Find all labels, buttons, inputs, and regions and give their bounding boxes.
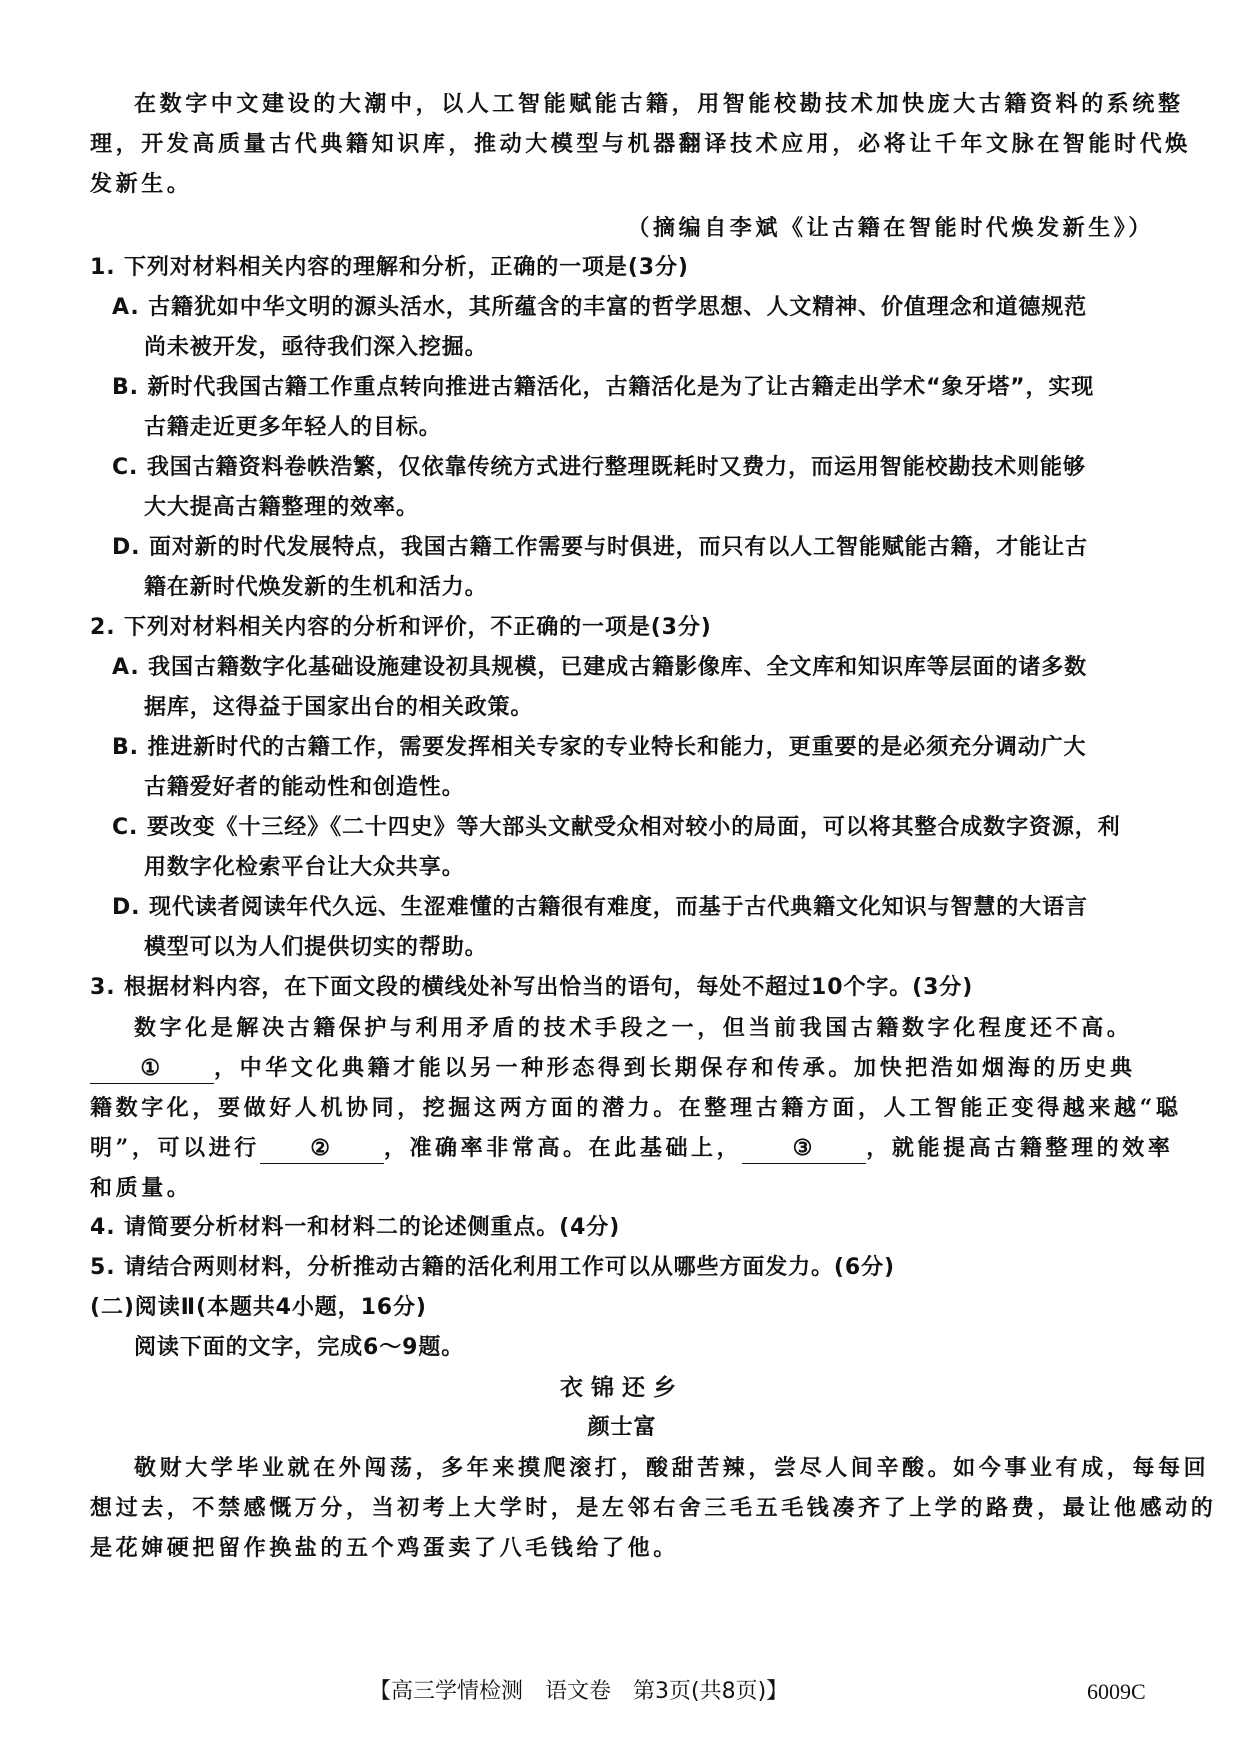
fill-in-line-1: 数字化是解决古籍保护与利用矛盾的技术手段之一，但当前我国古籍数字化程度还不高。: [90, 1008, 1154, 1048]
story-line: 敬财大学毕业就在外闯荡，多年来摸爬滚打，酸甜苦辣，尝尽人间辛酸。如今事业有成，每…: [90, 1448, 1154, 1488]
question-2-stem: 2. 下列对材料相关内容的分析和评价，不正确的一项是(3分): [90, 608, 1154, 648]
fill-in-text: ，就能提高古籍整理的效率: [866, 1135, 1173, 1161]
question-2-option-a-cont: 据库，这得益于国家出台的相关政策。: [90, 688, 1154, 728]
passage-line: 理，开发高质量古代典籍知识库，推动大模型与机器翻译技术应用，必将让千年文脉在智能…: [90, 124, 1154, 164]
question-1-option-a-cont: 尚未被开发，亟待我们深入挖掘。: [90, 328, 1154, 368]
story-title: 衣锦还乡: [90, 1368, 1154, 1408]
fill-in-line-5: 和质量。: [90, 1168, 1154, 1208]
question-2-option-c: C. 要改变《十三经》《二十四史》等大部头文献受众相对较小的局面，可以将其整合成…: [90, 808, 1154, 848]
answer-blank-1[interactable]: ①: [90, 1053, 214, 1084]
answer-blank-3[interactable]: ③: [742, 1133, 866, 1164]
question-1-stem: 1. 下列对材料相关内容的理解和分析，正确的一项是(3分): [90, 248, 1154, 288]
passage-source: （摘编自李斌《让古籍在智能时代焕发新生》）: [90, 208, 1154, 248]
story-author: 颜士富: [90, 1408, 1154, 1448]
question-1-option-b-cont: 古籍走近更多年轻人的目标。: [90, 408, 1154, 448]
passage-line: 发新生。: [90, 164, 1154, 204]
question-1-option-b: B. 新时代我国古籍工作重点转向推进古籍活化，古籍活化是为了让古籍走出学术“象牙…: [90, 368, 1154, 408]
section-2-heading: (二)阅读Ⅱ(本题共4小题，16分): [90, 1288, 1154, 1328]
fill-in-line-2: ①，中华文化典籍才能以另一种形态得到长期保存和传承。加快把浩如烟海的历史典: [90, 1048, 1154, 1088]
answer-blank-2[interactable]: ②: [260, 1133, 384, 1164]
question-2-option-d: D. 现代读者阅读年代久远、生涩难懂的古籍很有难度，而基于古代典籍文化知识与智慧…: [90, 888, 1154, 928]
question-4-stem: 4. 请简要分析材料一和材料二的论述侧重点。(4分): [90, 1208, 1154, 1248]
exam-page: 在数字中文建设的大潮中，以人工智能赋能古籍，用智能校勘技术加快庞大古籍资料的系统…: [90, 84, 1154, 1568]
question-1-option-a: A. 古籍犹如中华文明的源头活水，其所蕴含的丰富的哲学思想、人文精神、价值理念和…: [90, 288, 1154, 328]
fill-in-line-4: 明”，可以进行②，准确率非常高。在此基础上，③，就能提高古籍整理的效率: [90, 1128, 1154, 1168]
question-1-option-d: D. 面对新的时代发展特点，我国古籍工作需要与时俱进，而只有以人工智能赋能古籍，…: [90, 528, 1154, 568]
question-3-stem: 3. 根据材料内容，在下面文段的横线处补写出恰当的语句，每处不超过10个字。(3…: [90, 968, 1154, 1008]
fill-in-text: ，准确率非常高。在此基础上，: [384, 1135, 742, 1161]
story-line: 想过去，不禁感慨万分，当初考上大学时，是左邻右舍三毛五毛钱凑齐了上学的路费，最让…: [90, 1488, 1154, 1528]
question-2-option-d-cont: 模型可以为人们提供切实的帮助。: [90, 928, 1154, 968]
passage-line: 在数字中文建设的大潮中，以人工智能赋能古籍，用智能校勘技术加快庞大古籍资料的系统…: [90, 84, 1154, 124]
footer-code: 6009C: [1087, 1672, 1146, 1712]
story-line: 是花婶硬把留作换盐的五个鸡蛋卖了八毛钱给了他。: [90, 1528, 1154, 1568]
footer-label: 【高三学情检测 语文卷 第3页(共8页)】: [369, 1672, 788, 1712]
question-2-option-a: A. 我国古籍数字化基础设施建设初具规模，已建成古籍影像库、全文库和知识库等层面…: [90, 648, 1154, 688]
section-2-instruction: 阅读下面的文字，完成6～9题。: [90, 1328, 1154, 1368]
fill-in-line-3: 籍数字化，要做好人机协同，挖掘这两方面的潜力。在整理古籍方面，人工智能正变得越来…: [90, 1088, 1154, 1128]
question-1-option-c-cont: 大大提高古籍整理的效率。: [90, 488, 1154, 528]
question-2-option-b: B. 推进新时代的古籍工作，需要发挥相关专家的专业特长和能力，更重要的是必须充分…: [90, 728, 1154, 768]
question-1-option-d-cont: 籍在新时代焕发新的生机和活力。: [90, 568, 1154, 608]
question-5-stem: 5. 请结合两则材料，分析推动古籍的活化利用工作可以从哪些方面发力。(6分): [90, 1248, 1154, 1288]
question-2-option-b-cont: 古籍爱好者的能动性和创造性。: [90, 768, 1154, 808]
fill-in-text: 明”，可以进行: [90, 1135, 260, 1161]
question-2-option-c-cont: 用数字化检索平台让大众共享。: [90, 848, 1154, 888]
page-footer: 【高三学情检测 语文卷 第3页(共8页)】 6009C: [0, 1672, 1241, 1712]
fill-in-text: ，中华文化典籍才能以另一种形态得到长期保存和传承。加快把浩如烟海的历史典: [214, 1055, 1136, 1081]
question-1-option-c: C. 我国古籍资料卷帙浩繁，仅依靠传统方式进行整理既耗时又费力，而运用智能校勘技…: [90, 448, 1154, 488]
